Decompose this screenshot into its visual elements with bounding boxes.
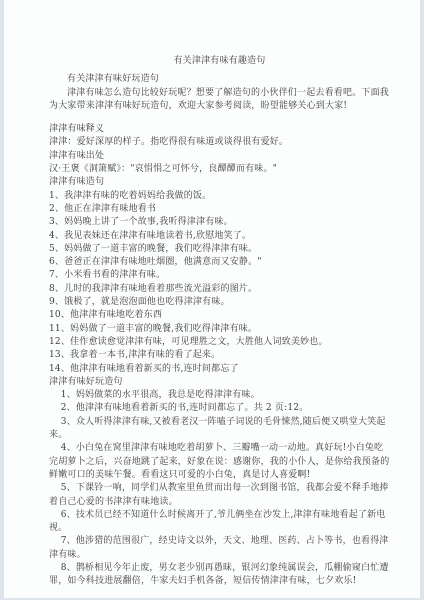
sentence-item: 2、他正在津津有味地看书 [49,203,390,216]
sentence-item: 6、技术员已经不知道什么时候离开了,爷儿俩坐在沙发上,津津有味地看起了新电视。 [49,509,390,536]
shiyi-heading: 津津有味释义 [49,123,390,136]
sentence-item: 7、他涉猎的范围很广，经史诗文以外，天文、地理、医药、占卜等书，也看得津津有味。 [49,535,390,562]
sentence-item: 7、小米看书看的津津有味。 [49,269,390,282]
page-title: 有关津津有味有趣造句 [49,55,390,68]
sentence-item: 1、我津津有味的吃着妈妈给我做的饭。 [49,190,390,203]
chuchu-text: 汉·王褒《洞箫赋》："哀悁悁之可怀兮，良醰醰而有味。" [49,163,390,176]
sentence-item: 14、他津津有味地看着新买的书,连时间都忘了 [49,363,390,376]
sentence-item: 8、鹊桥相见今年止废，男女老少别再愚昧，银河幻象纯属误会，瓜棚偷窥白忙遭罪，如今… [49,562,390,589]
spacer [49,113,390,123]
sentence-item: 3、妈妈晚上讲了一个故事,我听得津津有味。 [49,216,390,229]
sentence-item: 5、妈妈做了一道丰富的晚餐，我们吃得津津有味。 [49,243,390,256]
haowan-heading: 津津有味好玩造句 [49,376,390,389]
sentence-item: 13、我拿着一本书,津津有味的看了起来。 [49,349,390,362]
sentence-item: 1、妈妈做菜的水平很高，我总是吃得津津有味。 [49,389,390,402]
sentence-item: 4、小白兔在窝里津津有味地吃着胡萝卜、三瓣嘴一动一动地。真好玩!小白兔吃完胡萝卜… [49,442,390,482]
sentence-item: 6、爸爸正在津津有味地吐烟圈，他满意而又安静。" [49,256,390,269]
sentence-item: 4、我见表妹还在津津有味地读着书,欣慰地笑了。 [49,230,390,243]
zaoju-heading: 津津有味造句 [49,176,390,189]
sentence-item: 9、饿极了，就是泡泡面他也吃得津津有味。 [49,296,390,309]
intro-heading: 有关津津有味好玩造句 [49,73,390,86]
document-page: 有关津津有味有趣造句 有关津津有味好玩造句 津津有味怎么造句比较好玩呢？想要了解… [4,0,420,598]
sentence-item: 10、他津津有味地吃着东西 [49,309,390,322]
sentence-item: 2、他津津有味地看着新买的书,连时间都忘了。共 2 页:12。 [49,402,390,415]
sentence-item: 3、众人听得津津有味,又被看老汉一阵嗑子词说的毛骨悚然,随后便又哄堂大笑起来。 [49,416,390,443]
sentence-item: 12、佳作愈读愈觉津津有味，可见理胜之文，大胜他人词致美妙也。 [49,336,390,349]
sentence-item: 5、下课铃一响，同学们从教室里鱼贯而出每一次到图书馆，我都会爱不释手地捧着自己心… [49,482,390,509]
intro-paragraph: 津津有味怎么造句比较好玩呢？想要了解造句的小伙伴们一起去看看吧。下面我为大家带来… [49,87,390,114]
chuchu-heading: 津津有味出处 [49,150,390,163]
sentence-item: 8、儿时的我津津有味地看着那些流光溢彩的图片。 [49,283,390,296]
shiyi-text: 津津：爱好深厚的样子。指吃得很有味道或谈得很有爱好。 [49,136,390,149]
sentence-item: 11、妈妈做了一道丰富的晚餐,我们吃得津津有味。 [49,323,390,336]
